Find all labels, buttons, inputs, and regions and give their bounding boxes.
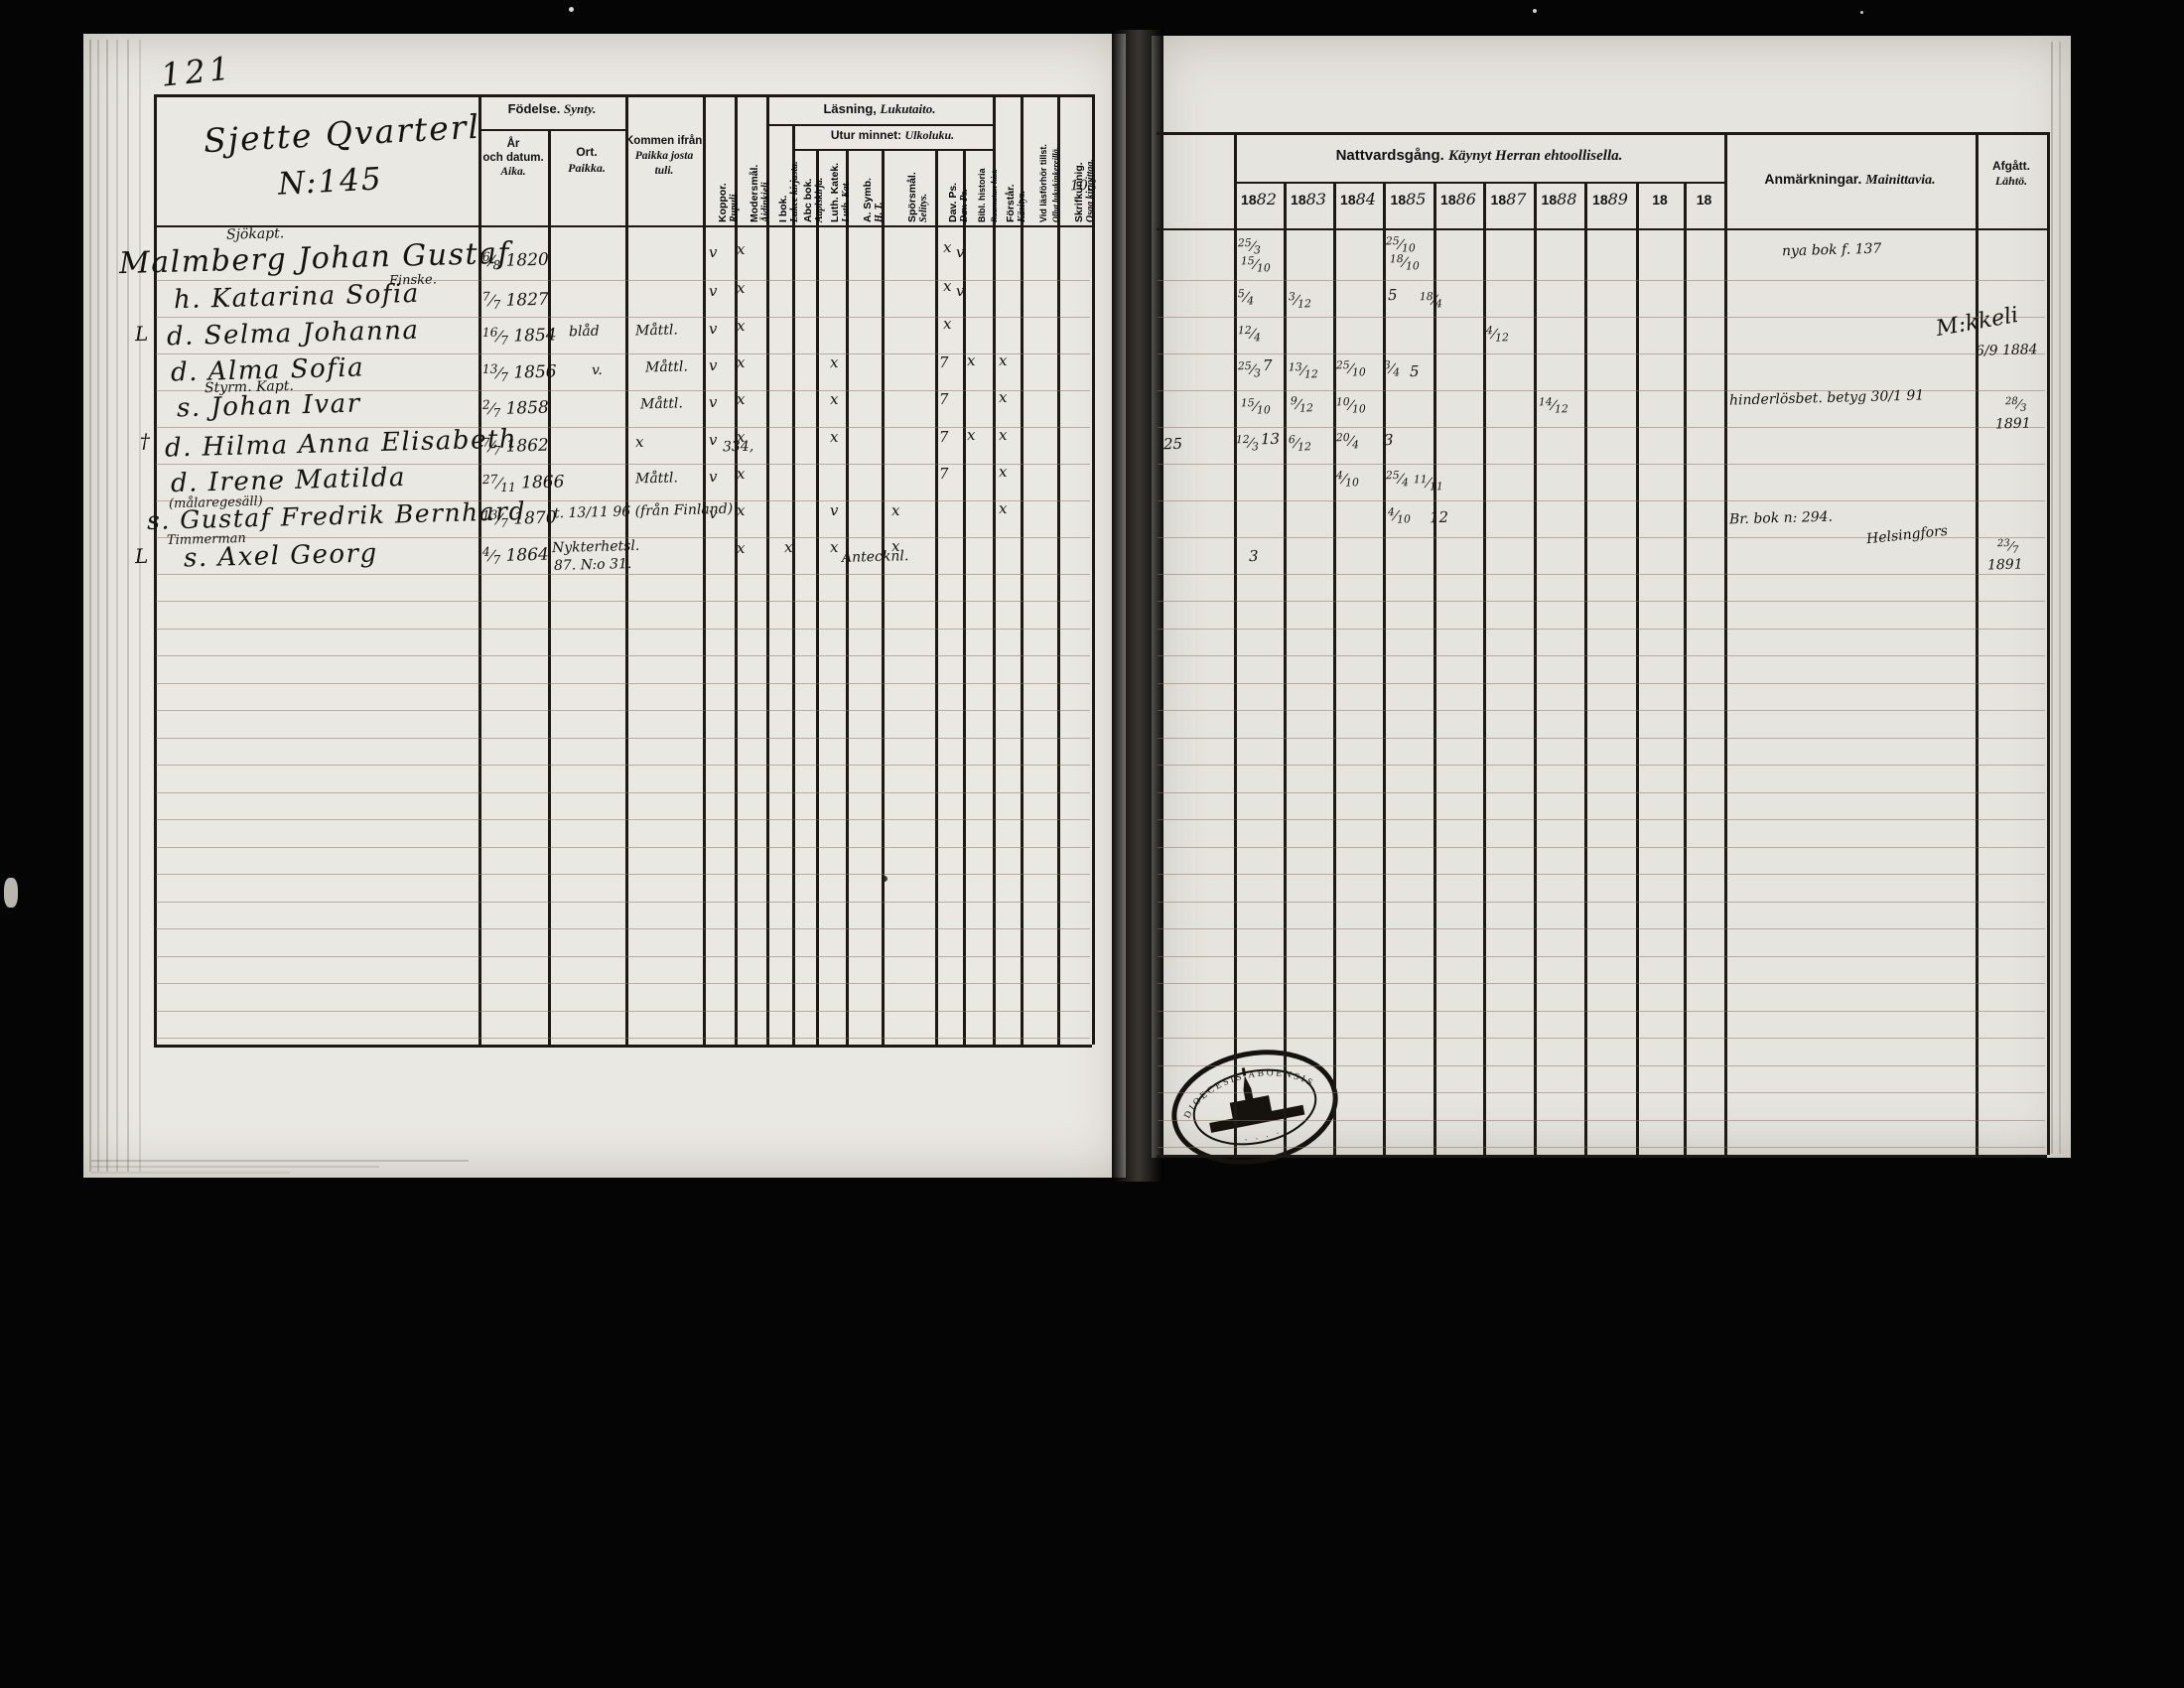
header-utur-sv: Utur minnet: <box>831 128 901 142</box>
table-line <box>1157 1155 2047 1158</box>
margin-mark: L <box>135 546 149 566</box>
handwritten-mark: Måttl. <box>635 323 678 338</box>
district-title-line2: N:145 <box>277 164 383 200</box>
row-rule <box>156 427 1090 428</box>
column-header-text: A. Symb. <box>862 178 874 222</box>
row-rule <box>1158 819 2045 820</box>
column-header-text: Rupuli. <box>729 183 741 222</box>
person-name: d. Selma Johanna <box>167 318 420 351</box>
row-rule <box>1158 1011 2045 1012</box>
header-kommen: Kommen ifrån. Paikka josta tuli. <box>625 134 703 179</box>
header-utur: Utur minnet: Ulkoluku. <box>792 128 993 143</box>
handwritten-mark: 5⁄4 <box>1238 289 1254 308</box>
birth-date: 2⁄7 1858 <box>482 397 549 420</box>
handwritten-mark: x <box>943 279 952 294</box>
book-gutter-shadow <box>1112 30 1163 1182</box>
column-header-4: Abc bok.Aapiskirja. <box>802 178 826 222</box>
column-header-text: Käsitys. <box>1017 184 1028 222</box>
column-header-8: Dav. Ps.Dav. Ps. <box>947 183 971 222</box>
occupation-note: Sjökapt. <box>226 226 285 242</box>
header-anmarkningar: Anmärkningar. Mainittavia. <box>1724 171 1976 189</box>
handwritten-mark: 18⁄4 <box>1420 292 1442 311</box>
handwritten-mark: blåd <box>569 325 600 340</box>
handwritten-mark: x <box>737 319 746 334</box>
row-rule <box>1158 1038 2045 1039</box>
birth-date: 13⁄7 1856 <box>482 361 557 384</box>
row-rule <box>1158 317 2045 318</box>
scan-speck <box>4 878 18 908</box>
column-header-2: Modersmål.Äidinkieli. <box>749 165 772 222</box>
handwritten-mark: Måttl. <box>640 396 683 411</box>
birth-year: 1864 <box>505 545 549 566</box>
handwritten-mark: 5 <box>1410 364 1420 379</box>
header-fodelse-fi: Synty. <box>564 101 596 116</box>
row-rule <box>1158 1147 2045 1148</box>
handwritten-mark: 4⁄10 <box>1336 471 1359 490</box>
handwritten-mark: 12⁄3 <box>1236 435 1259 454</box>
handwritten-mark: 25⁄10 <box>1336 360 1366 379</box>
handwritten-mark: 7 <box>939 392 949 407</box>
row-rule <box>1158 280 2045 281</box>
row-rule <box>156 1038 1090 1039</box>
page-edge-line <box>91 1172 290 1174</box>
handwritten-mark: 334, <box>723 440 754 455</box>
birth-date: 4⁄7 1864 <box>482 544 549 567</box>
page-number: 121 <box>160 52 235 90</box>
handwritten-mark: x <box>967 428 976 443</box>
scan-speck <box>1533 9 1537 13</box>
table-line <box>935 149 938 1045</box>
row-rule <box>1158 464 2045 465</box>
handwritten-mark: x <box>784 540 793 555</box>
row-rule <box>156 738 1090 739</box>
table-line <box>792 149 993 151</box>
row-rule <box>156 601 1090 602</box>
table-line <box>1976 132 1979 1155</box>
handwritten-mark: x <box>830 430 839 445</box>
handwritten-mark: 12 <box>1430 510 1448 525</box>
handwritten-mark: x <box>999 465 1008 480</box>
birth-date: 13⁄7 1870 <box>482 507 557 530</box>
row-rule <box>1158 427 2045 428</box>
handwritten-mark: x <box>737 355 746 370</box>
handwritten-mark: v <box>709 322 718 337</box>
page-edge-line <box>2051 42 2053 1154</box>
handwritten-mark: x <box>737 392 746 407</box>
row-rule <box>1158 928 2045 929</box>
handwritten-mark: 3⁄12 <box>1289 292 1311 311</box>
handwritten-mark: 9⁄12 <box>1291 396 1313 415</box>
handwritten-mark: v <box>709 433 718 448</box>
year-header-1: 1882 <box>1234 190 1284 210</box>
handwritten-mark: 13 <box>1261 432 1280 447</box>
column-header-text: Dav. Ps. <box>959 183 971 222</box>
person-name: s. Axel Georg <box>184 540 378 571</box>
handwritten-mark: x <box>830 392 839 407</box>
column-header-text: Äidinkieli. <box>760 165 772 222</box>
table-line <box>1534 182 1537 1155</box>
row-rule <box>156 683 1090 684</box>
header-afgatt-sv: Afgått. <box>1976 159 2047 174</box>
handwritten-mark: x <box>943 240 952 255</box>
column-header-text: Bibl. historia <box>976 168 988 222</box>
column-header-text: Raamatun hist. <box>988 168 1000 222</box>
column-header-10: Förstår.Käsitys. <box>1005 184 1028 222</box>
handwritten-mark: 23⁄7 <box>1997 539 2019 557</box>
header-lasning-sv: Läsning, <box>823 101 876 116</box>
page-edge-line <box>139 40 141 1172</box>
row-rule <box>1158 1092 2045 1093</box>
table-line <box>1684 182 1687 1155</box>
column-header-text: Spörsmål. <box>906 172 918 222</box>
handwritten-mark: 87. N:o 31. <box>554 557 632 573</box>
handwritten-mark: 12⁄4 <box>1238 326 1261 345</box>
header-ar-l1: År <box>478 137 548 151</box>
row-rule <box>156 710 1090 711</box>
birth-date: 7⁄7 1827 <box>482 289 549 312</box>
row-rule <box>1158 1120 2045 1121</box>
table-line <box>154 225 1092 227</box>
table-line <box>1157 132 2047 135</box>
birth-year: 1854 <box>513 326 557 347</box>
row-rule <box>1158 500 2045 501</box>
row-rule <box>1158 1065 2045 1066</box>
table-line <box>1284 182 1287 1155</box>
row-rule <box>1158 601 2045 602</box>
column-header-text: Lukee kirjasta. <box>789 161 801 222</box>
year-header-2: 1883 <box>1284 190 1333 210</box>
column-header-9: Bibl. historiaRaamatun hist. <box>976 168 1000 222</box>
column-header-6: A. Symb.H. T. <box>862 178 886 222</box>
row-rule <box>156 983 1090 984</box>
table-line <box>1234 182 1724 184</box>
handwritten-mark: 25⁄4 <box>1386 471 1409 490</box>
handwritten-mark: x <box>830 540 839 555</box>
birth-year: 1858 <box>505 398 549 419</box>
handwritten-mark: v. <box>592 363 603 377</box>
header-kommen-fi2: tuli. <box>625 164 703 179</box>
header-ort: Ort. Paikka. <box>548 144 625 176</box>
table-line <box>1636 182 1639 1155</box>
handwritten-mark: 13⁄12 <box>1289 362 1318 381</box>
header-nattvard-fi: Käynyt Herran ehtoollisella. <box>1448 148 1622 164</box>
handwritten-mark: 10⁄10 <box>1336 397 1366 416</box>
column-header-7: Spörsmål.Selitys. <box>906 172 930 222</box>
handwritten-mark: 15⁄10 <box>1241 256 1271 275</box>
column-header-text: Vid läsförhör tillst. <box>1037 144 1049 222</box>
handwritten-mark: Måttl. <box>635 471 678 486</box>
handwritten-mark: 25 <box>1163 437 1182 452</box>
handwritten-mark: 11⁄11 <box>1414 475 1443 493</box>
handwritten-mark: v <box>709 358 718 373</box>
handwritten-mark: x <box>999 390 1008 405</box>
handwritten-mark: 5 <box>1388 288 1398 303</box>
header-ort-fi: Paikka. <box>548 160 625 176</box>
row-rule <box>1158 574 2045 575</box>
handwritten-mark: v <box>709 245 718 260</box>
column-header-text: Aapiskirja. <box>814 178 826 222</box>
column-header-text: I bok. <box>777 161 789 222</box>
row-rule <box>1158 353 2045 354</box>
row-rule <box>156 500 1090 501</box>
row-rule <box>156 655 1090 656</box>
handwritten-mark: 3 <box>1249 549 1259 564</box>
table-line <box>2047 132 2050 1155</box>
year-header-9: 18 <box>1636 190 1684 210</box>
row-rule <box>1158 765 2045 766</box>
table-line <box>816 149 819 1045</box>
row-rule <box>1158 956 2045 957</box>
handwritten-mark: v <box>709 470 718 485</box>
header-afgatt-fi: Lähtö. <box>1976 174 2047 189</box>
margin-mark: † <box>140 431 151 451</box>
handwritten-mark: nya bok f. 137 <box>1782 242 1882 259</box>
header-nattvard: Nattvardsgång. Käynyt Herran ehtoollisel… <box>1234 147 1724 165</box>
handwritten-mark: x <box>999 428 1008 443</box>
table-line <box>1724 132 1727 1155</box>
header-ar-l2: och datum. <box>478 151 548 165</box>
table-line <box>792 124 795 1045</box>
row-rule <box>1158 629 2045 630</box>
table-line <box>478 129 625 131</box>
birth-date: 6⁄8 1820 <box>482 249 549 272</box>
birth-year: 1866 <box>521 472 565 492</box>
row-rule <box>156 928 1090 929</box>
row-rule <box>1158 683 2045 684</box>
column-header-text: H. T. <box>874 178 886 222</box>
header-kommen-fi1: Paikka josta <box>625 149 703 164</box>
handwritten-mark: x <box>943 317 952 332</box>
row-rule <box>1158 983 2045 984</box>
handwritten-mark: 6⁄12 <box>1289 435 1311 454</box>
handwritten-mark: 7 <box>1263 358 1273 373</box>
handwritten-mark: 20⁄4 <box>1336 433 1359 452</box>
header-afgatt: Afgått. Lähtö. <box>1976 159 2047 189</box>
handwritten-mark: x <box>635 435 644 450</box>
column-header-3: I bok.Lukee kirjasta. <box>777 161 801 222</box>
scan-speck <box>1860 11 1863 14</box>
table-line <box>154 94 1092 97</box>
column-header-text: Dav. Ps. <box>947 183 959 222</box>
table-line <box>1092 94 1095 1045</box>
table-line <box>882 149 885 1045</box>
row-rule <box>156 847 1090 848</box>
column-header-text: Koppor. <box>717 183 729 222</box>
handwritten-mark: v <box>709 284 718 299</box>
row-rule <box>1158 655 2045 656</box>
row-rule <box>156 819 1090 820</box>
handwritten-mark: x <box>830 355 839 370</box>
row-rule <box>156 629 1090 630</box>
year-header-7: 1888 <box>1534 190 1584 210</box>
header-ar-fi: Aika. <box>478 165 548 179</box>
person-name: h. Katarina Sofia <box>174 281 420 313</box>
birth-year: 1827 <box>505 290 549 311</box>
column-header-text: Modersmål. <box>749 165 760 222</box>
handwritten-mark: 1891 <box>1995 417 2031 432</box>
column-header-11: Vid läsförhör tillst.Ollut lukukinkereil… <box>1037 144 1061 222</box>
handwritten-mark: x <box>737 503 746 518</box>
table-line <box>1234 132 1237 1155</box>
table-line <box>1333 182 1336 1155</box>
handwritten-mark: 15⁄10 <box>1241 398 1271 417</box>
handwritten-mark: 14⁄12 <box>1539 397 1569 416</box>
column-header-text: Luth. Katek. <box>829 163 841 222</box>
year-header-6: 1887 <box>1483 190 1534 210</box>
column-header-text: Selitys. <box>918 172 930 222</box>
page-edge-line <box>116 40 118 1172</box>
column-header-text: Abc bok. <box>802 178 814 222</box>
table-line <box>154 1045 1092 1048</box>
handwritten-mark: x <box>891 503 900 518</box>
page-edge-line <box>106 40 108 1172</box>
handwritten-mark: x <box>737 242 746 257</box>
handwritten-mark: x <box>737 541 746 556</box>
handwritten-mark: x <box>999 501 1008 516</box>
handwritten-mark: v <box>956 284 965 299</box>
page-edge-line <box>89 40 91 1172</box>
page-edge-line <box>127 40 129 1172</box>
year-header-4: 1885 <box>1383 190 1433 210</box>
birth-year: 1856 <box>513 362 557 383</box>
margin-mark: L <box>135 324 149 344</box>
birth-date: 16⁄7 1854 <box>482 325 557 348</box>
handwritten-mark: v <box>956 245 965 260</box>
header-lasning-fi: Lukutaito. <box>881 101 936 116</box>
row-rule <box>156 956 1090 957</box>
page-edge-line <box>97 40 99 1172</box>
year-header-5: 1886 <box>1433 190 1483 210</box>
row-rule <box>1158 902 2045 903</box>
row-rule <box>156 1011 1090 1012</box>
header-lasning: Läsning, Lukutaito. <box>766 101 993 117</box>
handwritten-mark: 7 <box>939 467 949 482</box>
row-rule <box>156 765 1090 766</box>
handwritten-mark: 3⁄4 <box>1384 360 1400 379</box>
header-utur-fi: Ulkoluku. <box>904 128 954 142</box>
birth-year: 1870 <box>513 508 557 529</box>
column-header-5: Luth. Katek.Luth. Kat. <box>829 163 853 222</box>
column-header-text: Ollut lukukinkereillä. <box>1049 144 1061 222</box>
handwritten-mark: x <box>967 353 976 368</box>
year-header-3: 1884 <box>1333 190 1383 210</box>
birth-date: 27⁄11 1866 <box>482 472 565 494</box>
row-rule <box>1158 847 2045 848</box>
table-line <box>1383 182 1386 1155</box>
scanned-ledger-spread: 121 Sjette Qvarterl N:145 Födelse. Synty… <box>0 0 2184 1688</box>
table-line <box>766 124 993 126</box>
handwritten-mark: Br. bok n: 294. <box>1729 510 1833 527</box>
row-rule <box>1158 874 2045 875</box>
row-rule <box>156 874 1090 875</box>
handwritten-mark: 3 <box>1384 433 1394 448</box>
handwritten-mark: x <box>737 467 746 482</box>
column-header-text: Förstår. <box>1005 184 1017 222</box>
year-header-8: 1889 <box>1584 190 1636 210</box>
handwritten-mark: x <box>891 539 900 554</box>
header-nattvard-sv: Nattvardsgång. <box>1336 147 1444 164</box>
handwritten-mark: Nykterhetsl. <box>552 539 640 555</box>
handwritten-mark: 4⁄12 <box>1486 326 1509 345</box>
column-header-1: Koppor.Rupuli. <box>717 183 741 222</box>
table-line <box>1584 182 1587 1155</box>
handwritten-mark: 4⁄10 <box>1388 507 1411 526</box>
header-ort-sv: Ort. <box>548 144 625 160</box>
handwritten-mark: 103 <box>1070 179 1097 194</box>
header-ar-datum: År och datum. Aika. <box>478 137 548 179</box>
page-edge-line <box>2059 42 2061 1154</box>
handwritten-mark: 1891 <box>1987 558 2023 573</box>
table-line <box>846 149 849 1045</box>
header-kommen-sv: Kommen ifrån. <box>625 134 703 149</box>
table-line <box>1433 182 1436 1155</box>
row-rule <box>1158 738 2045 739</box>
page-edge-line <box>91 1166 379 1168</box>
handwritten-mark: v <box>830 503 839 518</box>
handwritten-mark: 25⁄3 <box>1238 361 1261 380</box>
header-anmarkningar-fi: Mainittavia. <box>1865 173 1935 188</box>
year-header-10: 18 <box>1684 190 1724 210</box>
row-rule <box>1158 710 2045 711</box>
birth-year: 1820 <box>505 250 549 271</box>
handwritten-mark: 7 <box>939 430 949 445</box>
handwritten-mark: x <box>737 281 746 296</box>
birth-date: 7⁄7 1862 <box>482 435 549 458</box>
row-rule <box>156 574 1090 575</box>
table-line <box>1157 228 2047 230</box>
scan-speck <box>569 7 574 12</box>
handwritten-mark: 6/9 1884 <box>1976 343 2038 358</box>
header-anmarkningar-sv: Anmärkningar. <box>1764 171 1861 187</box>
handwritten-mark: 28⁄3 <box>2005 397 2027 415</box>
row-rule <box>156 902 1090 903</box>
occupation-note: Styrm. Kapt. <box>205 379 294 395</box>
row-rule <box>1158 792 2045 793</box>
handwritten-mark: 7 <box>939 355 949 370</box>
header-fodelse: Födelse. Synty. <box>478 101 625 117</box>
handwritten-mark: Måttl. <box>645 359 688 374</box>
birth-year: 1862 <box>505 436 549 457</box>
handwritten-mark: v <box>709 395 718 410</box>
header-fodelse-sv: Födelse. <box>508 101 561 116</box>
handwritten-mark: v <box>709 506 718 521</box>
handwritten-mark: x <box>999 353 1008 368</box>
column-header-text: Luth. Kat. <box>841 163 853 222</box>
row-rule <box>156 792 1090 793</box>
page-edge-line <box>91 1160 469 1162</box>
person-name: d. Irene Matilda <box>171 465 407 496</box>
handwritten-mark: 18⁄10 <box>1390 254 1420 273</box>
